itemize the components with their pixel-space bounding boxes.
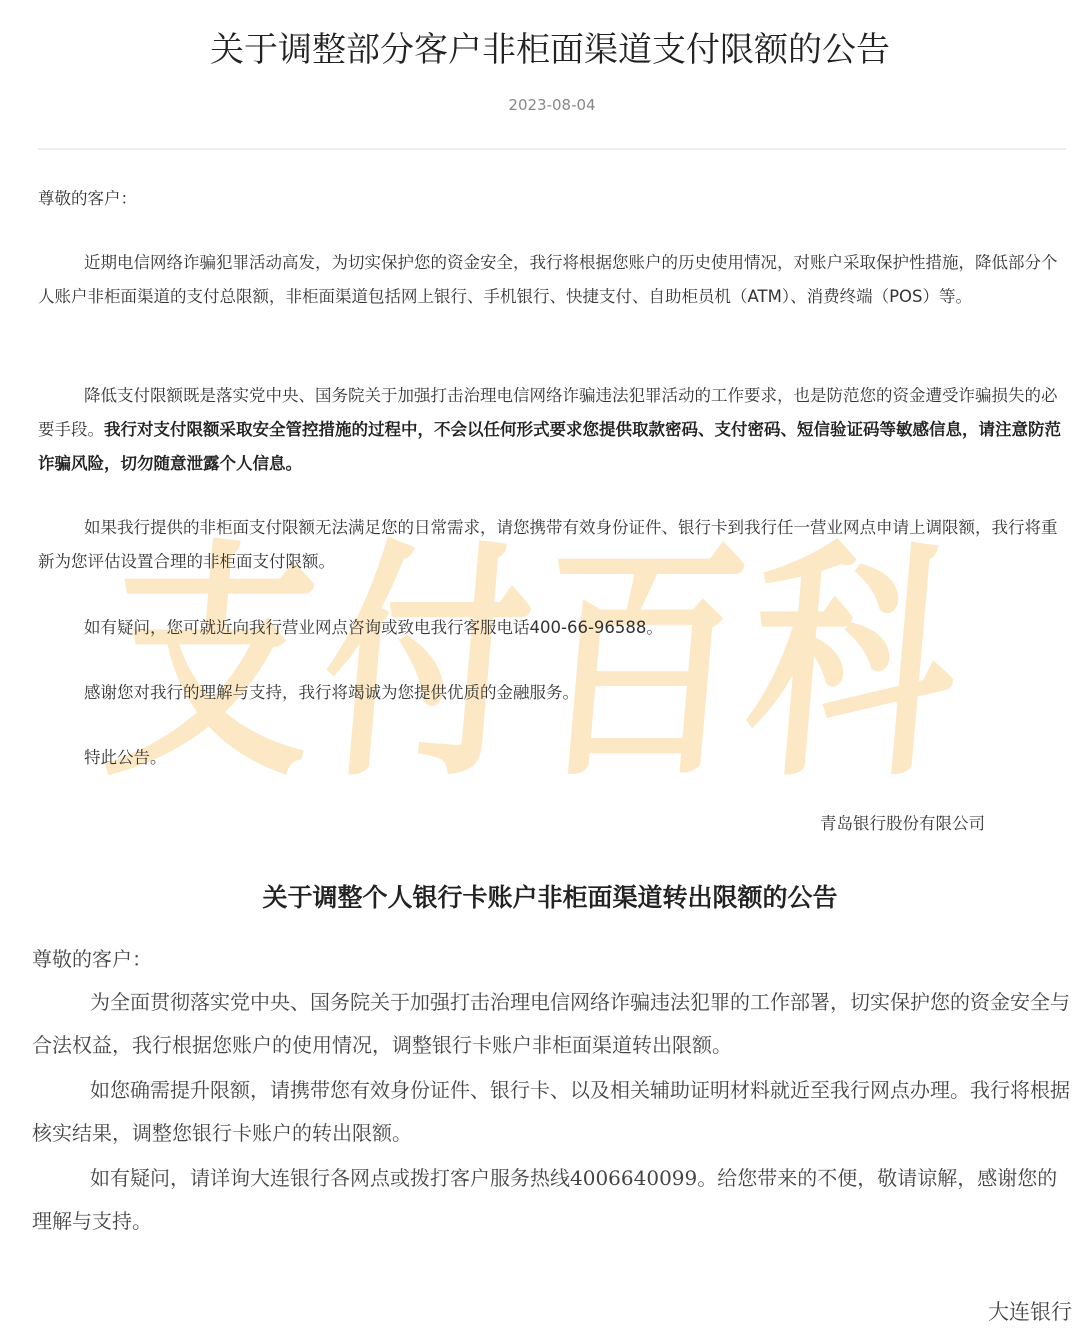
notice1-date: 2023-08-04 <box>0 96 1080 114</box>
notice1-paragraph-6: 特此公告。 <box>38 741 1068 775</box>
notice1-security-warning: 我行对支付限额采取安全管控措施的过程中，不会以任何形式要求您提供取款密码、支付密… <box>38 420 1061 473</box>
notice1-paragraph-5: 感谢您对我行的理解与支持，我行将竭诚为您提供优质的金融服务。 <box>38 676 1068 710</box>
title-divider <box>38 148 1066 150</box>
notice1-paragraph-3: 如果我行提供的非柜面支付限额无法满足您的日常需求，请您携带有效身份证件、银行卡到… <box>38 511 1068 579</box>
notice1-paragraph-4: 如有疑问，您可就近向我行营业网点咨询或致电我行客服电话400-66-96588。 <box>38 611 1068 645</box>
notice2-paragraph-3: 如有疑问，请详询大连银行各网点或拨打客户服务热线4006640099。给您带来的… <box>32 1157 1077 1243</box>
notice1-paragraph-2: 降低支付限额既是落实党中央、国务院关于加强打击治理电信网络诈骗违法犯罪活动的工作… <box>38 379 1068 481</box>
notice2-title: 关于调整个人银行卡账户非柜面渠道转出限额的公告 <box>0 878 1080 914</box>
notice2-paragraph-2: 如您确需提升限额，请携带您有效身份证件、银行卡、以及相关辅助证明材料就近至我行网… <box>32 1069 1077 1155</box>
notice1-salutation: 尊敬的客户： <box>38 182 1068 216</box>
notice1-title: 关于调整部分客户非柜面渠道支付限额的公告 <box>0 22 1080 71</box>
notice2-salutation: 尊敬的客户： <box>32 938 1077 981</box>
notice1-paragraph-1: 近期电信网络诈骗犯罪活动高发，为切实保护您的资金安全，我行将根据您账户的历史使用… <box>38 246 1068 314</box>
notice1-signature: 青岛银行股份有限公司 <box>820 810 985 834</box>
notice2-signature: 大连银行 <box>988 1296 1072 1326</box>
notice2-paragraph-1: 为全面贯彻落实党中央、国务院关于加强打击治理电信网络诈骗违法犯罪的工作部署，切实… <box>32 981 1077 1067</box>
